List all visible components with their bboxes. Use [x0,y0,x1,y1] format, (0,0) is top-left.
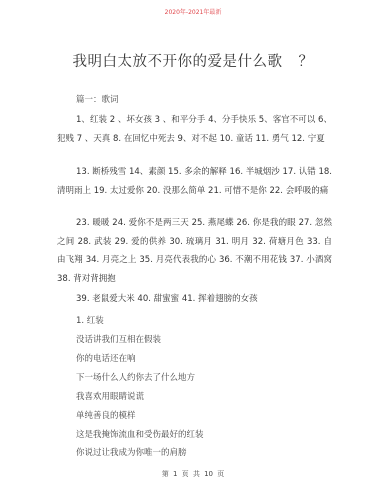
lyric-line: 你的电话还在响 [76,352,136,364]
lyric-line: 下一场什么人约你去了什么地方 [76,371,195,383]
lyric-line: 没话讲我们互相在假装 [76,333,161,345]
title-text: 我明白太放不开你的爱是什么歌 [73,54,283,70]
section-heading: 篇一：歌词 [76,93,119,105]
song-list-paragraph: 39. 老鼠爱大米 40. 甜蜜蜜 41. 挥着翅膀的女孩 [57,290,332,309]
lyric-line: 我喜欢用眼睛说谎 [76,390,144,402]
song-list-paragraph: 13. 断桥残雪 14、素颜 15. 多余的解释 16. 半城烟沙 17. 认错… [57,163,332,200]
title-question-mark: ？ [299,54,314,70]
page-number-footer: 第 1 页 共 10 页 [0,469,386,479]
header-note: 2020年-2021年最新 [0,7,386,16]
song-list-paragraph: 1、红装 2 、坏女孩 3 、和平分手 4、分手快乐 5、客官不可以 6、犯贱 … [57,111,332,148]
lyric-line: 你说过让我成为你唯一的肩膀 [76,446,187,458]
lyric-line: 这是我掩饰流血和受伤最好的红装 [76,428,204,440]
lyric-line: 单纯善良的模样 [76,409,136,421]
song-section-title: 1. 红装 [76,314,104,326]
page-title: 我明白太放不开你的爱是什么歌？ [0,50,386,71]
song-list-paragraph: 23. 暖暖 24. 爱你不是两三天 25. 燕尾蝶 26. 你是我的眼 27.… [57,214,332,288]
